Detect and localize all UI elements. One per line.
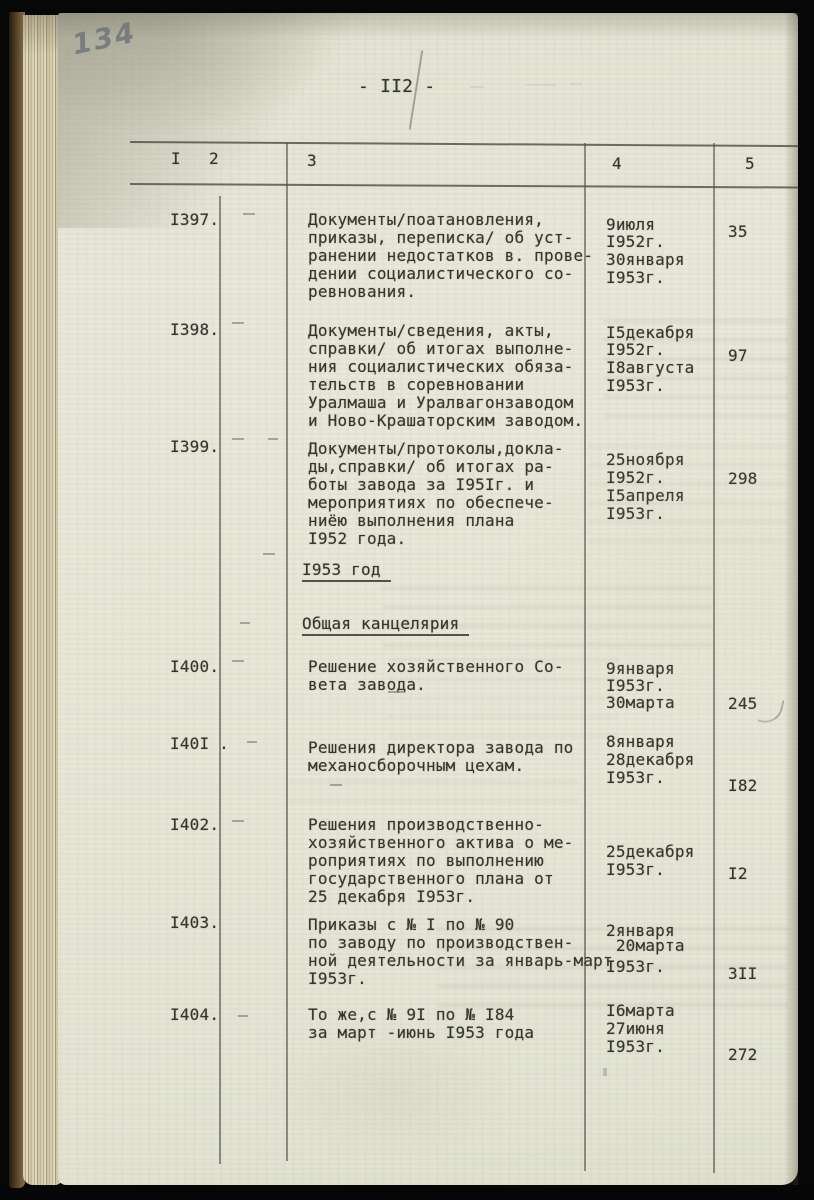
description-line: Документы/поатановления, [308,211,544,229]
description-line: Решения директора завода по [308,739,574,757]
pencil-dash [232,660,244,662]
column-header-5: 5 [745,155,755,173]
date-line: 25ноября [606,451,685,469]
description-line: Документы/сведения, акты, [308,322,554,340]
column-divider-4-5 [713,143,715,1173]
description-line: роприятиях по выполнению [308,852,544,870]
date-line: I953г. [606,769,665,787]
date-line: I953г. [606,377,665,395]
entry-number: I400. [170,658,219,676]
entry-number: I404. [170,1006,219,1024]
table-rule-top [130,141,798,147]
page-count: 245 [728,695,758,713]
date-line: 30марта [606,694,675,712]
page-count: I2 [728,865,748,883]
entry-number: I403. [170,914,219,932]
date-line: 20марта [606,937,685,955]
description-line: То же,с № 9I по № I84 [308,1006,515,1024]
description-line: вета завода. [308,676,426,694]
description-line: I952 года. [308,530,406,548]
date-line: I953г. [606,1038,665,1056]
right-edge-shadow [784,13,798,1185]
bottom-black-edge [0,1183,814,1200]
pencil-dash [263,553,275,555]
description-line: дении социалистического со- [308,265,574,283]
description-line: механосборочным цехам. [308,757,524,775]
pencil-dash [247,741,257,743]
date-line: I953г. [606,958,665,976]
section-heading: Общая канцелярия [302,615,469,636]
section-heading: I953 год [302,561,391,582]
entry-number: I399. [170,438,219,456]
entry-number: I397. [170,211,219,229]
description-line: тельств в соревновании [308,376,524,394]
date-line: I953г. [606,269,665,287]
description-line: ной деятельности за январь-март [308,952,613,970]
entry-number: I398. [170,321,219,339]
date-line: I8августа [606,359,695,377]
page-count: 3II [728,965,758,983]
description-line: и Ново-Крашаторским заводом. [308,412,583,430]
pencil-dash [388,691,404,693]
date-line: I953г. [606,861,665,879]
pencil-ghost-dash [570,83,582,85]
pencil-dash [243,213,255,215]
description-line: за март -июнь I953 года [308,1024,534,1042]
top-edge-shadow [58,13,798,39]
column-divider-2-3 [286,143,288,1161]
page-count: 35 [728,223,748,241]
handwritten-folio-number: 134 [69,16,139,62]
date-line: I952г. [606,233,665,251]
description-line: ниёю выполнения плана [308,512,515,530]
pencil-ghost-dash [526,84,556,86]
page-count: 298 [728,470,758,488]
pencil-dash [232,438,244,440]
description-line: Решения производственно- [308,816,544,834]
pencil-dash [238,1015,248,1017]
page-edges-stack [23,15,63,1185]
page-count: 97 [728,347,748,365]
description-line: Уралмаша и Уралвагонзаводом [308,394,574,412]
date-line: 25декабря [606,843,695,861]
description-line: государственного плана от [308,870,554,888]
date-line: I5апреля [606,487,685,505]
description-line: ревнования. [308,283,416,301]
ink-bleedthrough [288,771,578,803]
description-line: Документы/протоколы,докла- [308,440,564,458]
description-line: Решение хозяйственного Со- [308,658,564,676]
pencil-tick [603,1068,607,1076]
column-divider-1-2 [219,196,221,1164]
column-header-3: 3 [307,152,317,170]
pencil-dash [232,322,244,324]
column-header-1: I [171,150,181,168]
pencil-dash [232,820,244,822]
typed-page-number: - II2 - [358,76,435,98]
column-header-4: 4 [612,155,622,173]
page-count: 272 [728,1046,758,1064]
pencil-dash [240,622,250,624]
description-line: I953г. [308,970,367,988]
date-line: 27июня [606,1020,665,1038]
date-line: I952г. [606,341,665,359]
date-line: I953г. [606,505,665,523]
date-line: I6марта [606,1002,675,1020]
entry-number: I402. [170,816,219,834]
description-line: ния социалистических обяза- [308,358,574,376]
pencil-ghost-dash [470,86,484,88]
description-line: 25 декабря I953г. [308,888,475,906]
document-page: 134 - II2 - I 2 3 4 5 I397.Документы/поа… [58,13,798,1185]
description-line: хозяйственного актива о ме- [308,834,574,852]
description-line: ды,справки/ об итогах ра- [308,458,554,476]
date-line: 30января [606,251,685,269]
description-line: мероприятиях по обеспече- [308,494,554,512]
pencil-dash [268,438,278,440]
page-count: I82 [728,777,758,795]
date-line: 8января [606,733,675,751]
table-rule-header-bottom [130,183,798,188]
pencil-dash [330,784,342,786]
description-line: по заводу по производствен- [308,934,574,952]
description-line: приказы, переписка/ об уст- [308,229,574,247]
book-scan-background: 134 - II2 - I 2 3 4 5 I397.Документы/поа… [0,0,814,1200]
description-line: справки/ об итогах выполне- [308,340,574,358]
column-header-2: 2 [209,150,219,168]
description-line: Приказы с № I по № 90 [308,916,515,934]
column-divider-3-4 [584,143,586,1171]
date-line: 28декабря [606,751,695,769]
description-line: боты завода за I95Iг. и [308,476,534,494]
description-line: ранении недостатков в. прове- [308,247,593,265]
entry-number: I40I . [170,735,229,753]
date-line: I952г. [606,469,665,487]
pencil-squiggle [758,696,785,726]
